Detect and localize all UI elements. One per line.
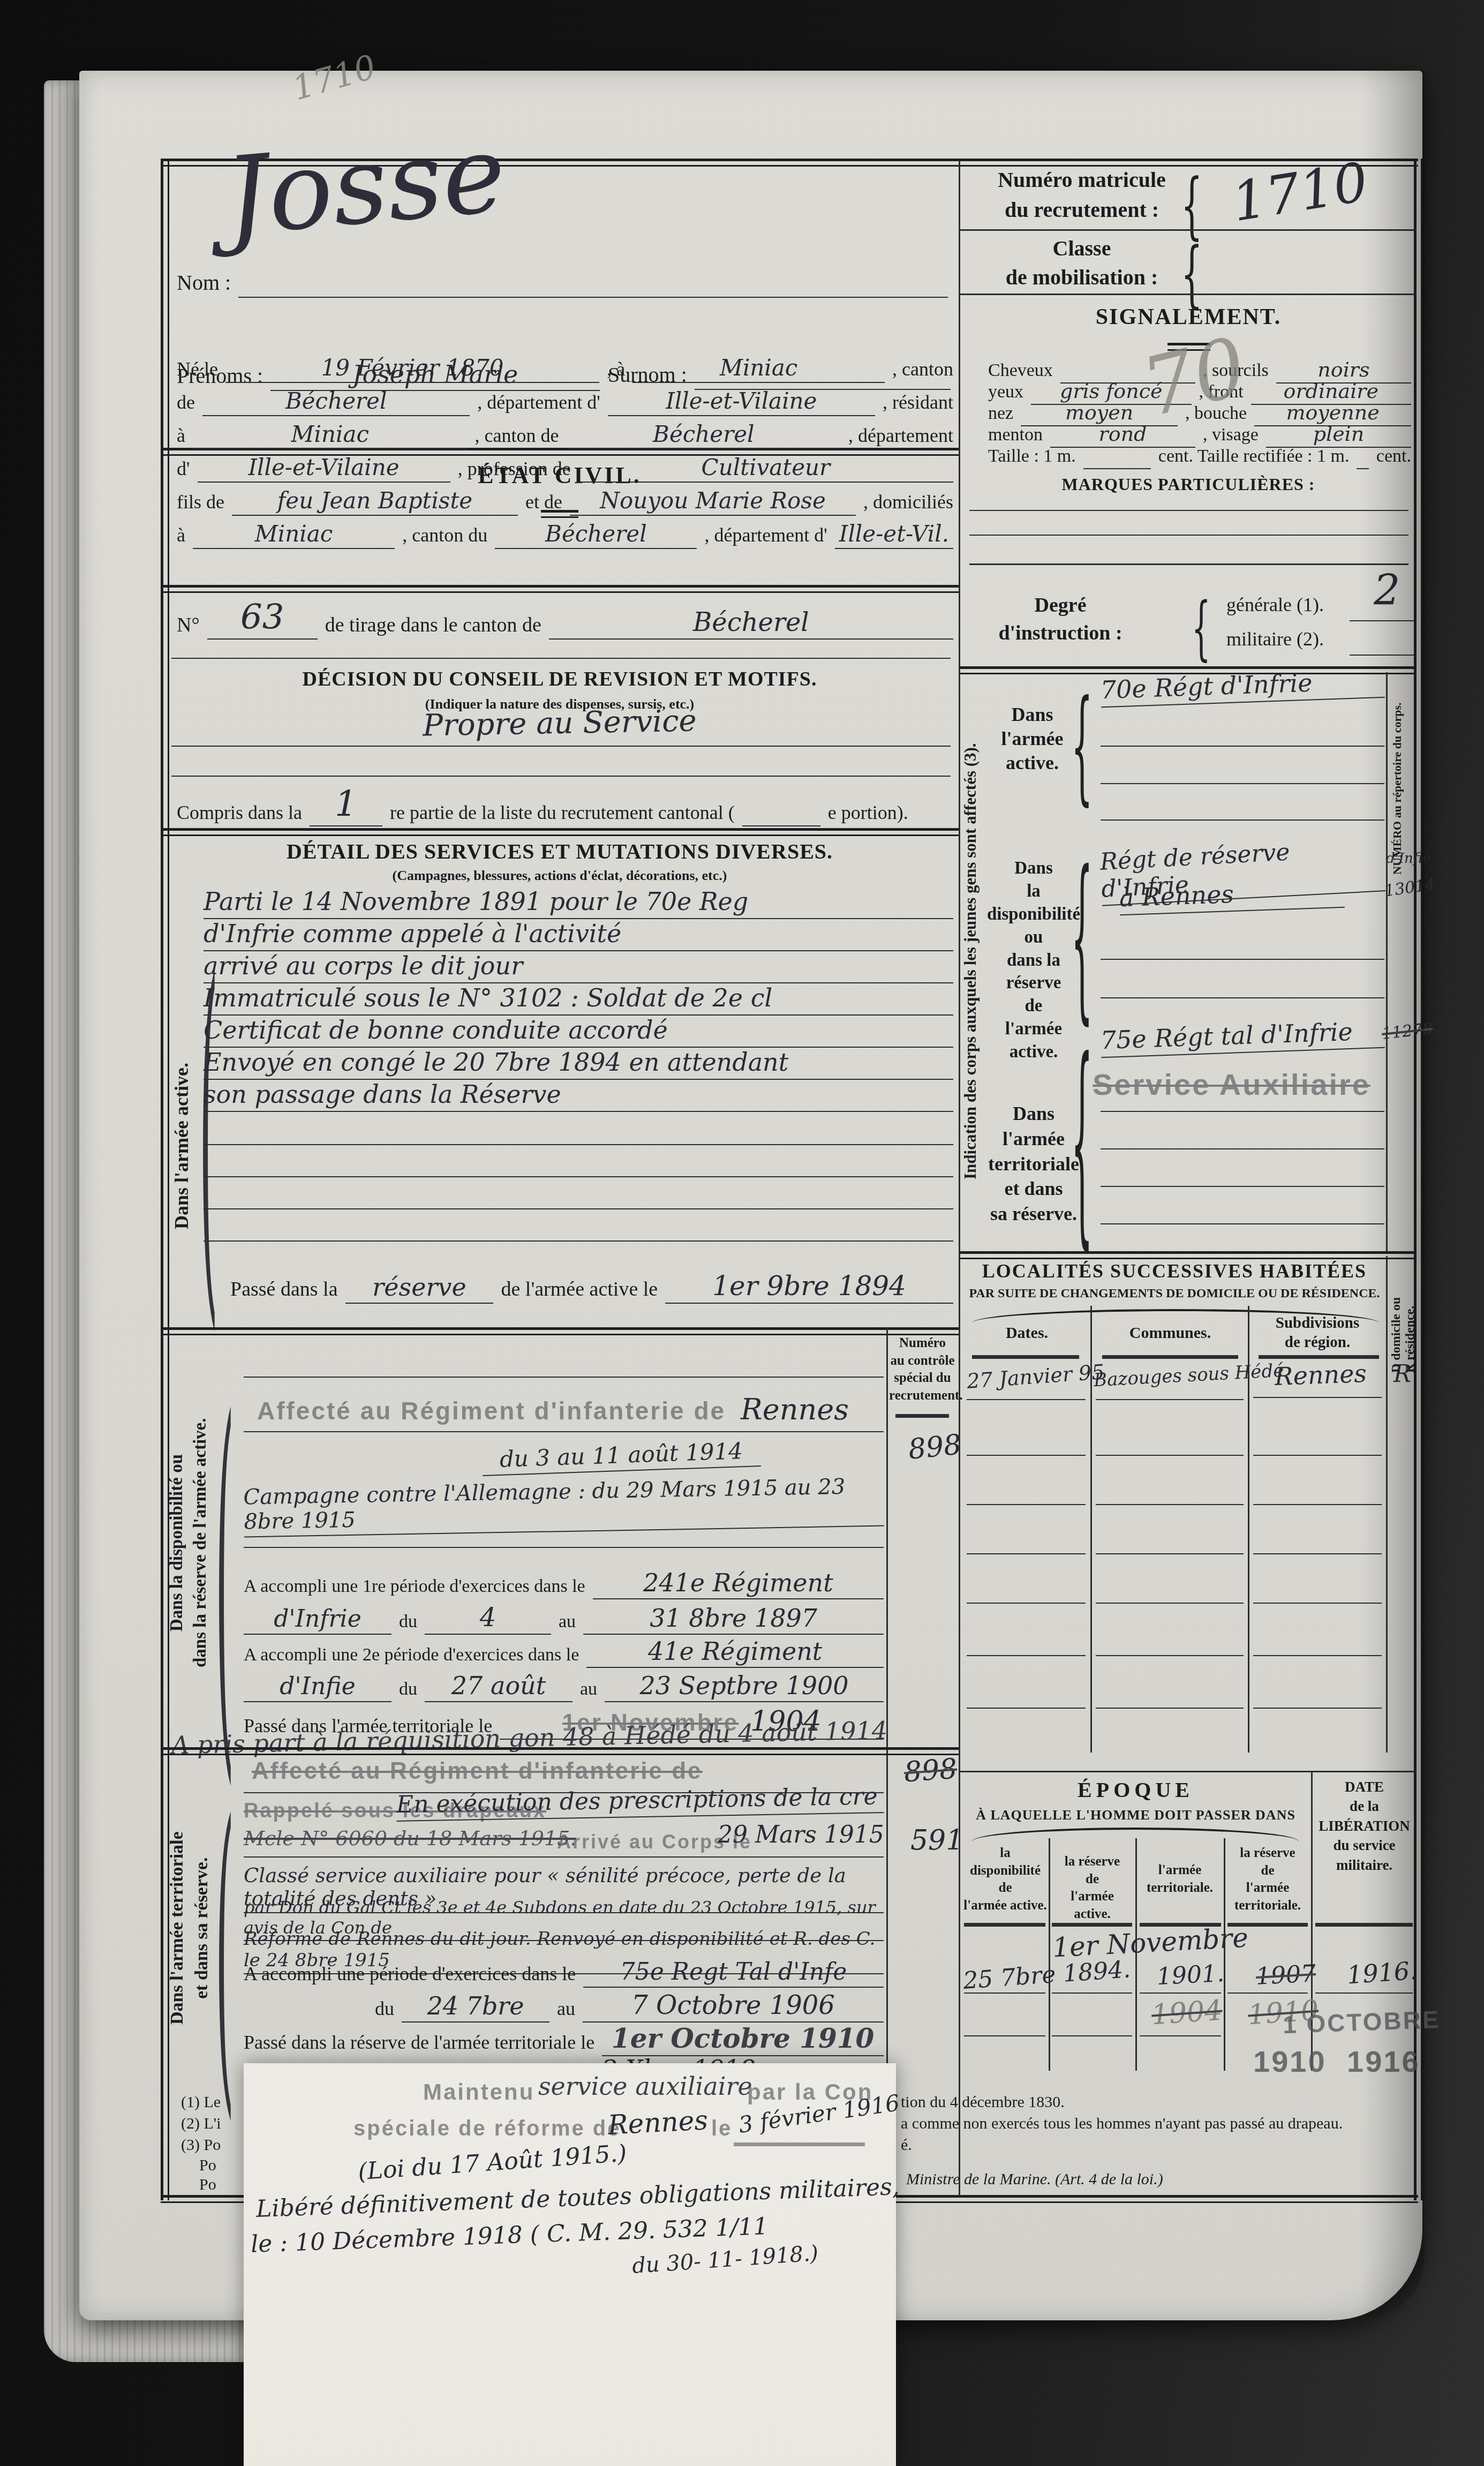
epoque-row2-rule-1 (964, 2035, 1045, 2036)
repertoire-column-label: NUMÉRO au répertoire du corps. (1390, 676, 1404, 901)
localites-blank-6a (967, 1708, 1086, 1709)
taille-label-2: cent. Taille rectifiée : 1 m. (1158, 446, 1350, 469)
passe-value-1: réserve (345, 1273, 494, 1304)
footnote-2-left: (2) L'i (181, 2115, 221, 2133)
canton-label: , canton (892, 358, 953, 383)
service-blank-4 (204, 1240, 953, 1242)
decision-rule-2 (171, 776, 951, 777)
residence-departement-value: Ille-et-Vilaine (198, 454, 450, 483)
service-blank-1 (204, 1144, 953, 1145)
affecte-rule (244, 1431, 884, 1432)
parents-residence-a-label: à (177, 524, 185, 549)
parents-departement-label: , département d' (704, 524, 827, 549)
compris-label-3: e portion). (828, 801, 908, 826)
compris-value: 1 (310, 783, 382, 826)
service-line-5: Certificat de bonne conduite accordé (204, 1016, 953, 1048)
localites-blank-1b (1096, 1455, 1244, 1456)
epoque-row1-rule-4 (1227, 1993, 1308, 1994)
frame-right (1414, 159, 1422, 2200)
affecte-stamp: Affecté au Régiment d'infanterie de (257, 1397, 726, 1425)
compris-bottom-rule (161, 828, 959, 836)
corps-active-brace: { (1071, 676, 1093, 818)
residence-a-label: à (177, 424, 185, 449)
services-side-label: Dans l'armée active. (170, 1007, 193, 1285)
corps-active-blank-1 (1101, 746, 1384, 747)
marques-rule-2 (969, 535, 1408, 536)
terr-periode-start: 24 7bre (402, 1991, 549, 2023)
localites-title: LOCALITÉS SUCCESSIVES HABITÉES (960, 1260, 1389, 1282)
profession-label: , profession de (458, 457, 571, 483)
birth-place-value: Miniac (632, 355, 885, 383)
etat-row-2: de Bécherel , département d' Ille-et-Vil… (177, 388, 953, 416)
epoque-head-rule-1 (964, 1923, 1045, 1927)
service-line-1: Parti le 14 Novembre 1891 pour le 70e Re… (204, 887, 953, 919)
service-line-2: d'Infrie comme appelé à l'activité (204, 919, 953, 951)
footnote-5-right: Ministre de la Marine. (Art. 4 de la loi… (906, 2170, 1163, 2189)
numero-column-header: Numéro au contrôle spécial du recrutemen… (889, 1335, 956, 1404)
terr-side-paren: ( (215, 1757, 234, 2151)
localites-blank-4b (1096, 1603, 1244, 1604)
epoque-row1-rule-2 (1052, 1993, 1132, 1994)
marques-rule-3 (969, 563, 1408, 565)
father-value: feu Jean Baptiste (232, 487, 518, 516)
periode1-label: A accompli une 1re période d'exercices d… (244, 1576, 585, 1599)
corps-active-label: Dans l'armée active. (988, 703, 1076, 775)
localites-blank-3c (1253, 1553, 1382, 1554)
epoque-col3-header: l'armée territoriale. (1138, 1862, 1222, 1897)
terr-periode-du-label: du (375, 1997, 394, 2023)
footnote-4-left: Po (199, 2156, 216, 2175)
epoque-row2-rule-2 (1052, 2035, 1132, 2036)
epoque-value-1907: 1907 (1255, 1960, 1317, 1990)
nom-row: Nom : (177, 268, 948, 298)
slip-speciale-stamp: spéciale de réforme de (353, 2117, 621, 2141)
periode2-regiment: 41e Régiment (586, 1637, 884, 1668)
localites-blank-1a (967, 1455, 1086, 1456)
localites-col-dates: Dates. (972, 1324, 1082, 1342)
epoque-col-divider-3 (1224, 1838, 1225, 2071)
epoque-col4-header: la réserve de l'armée territoriale. (1226, 1845, 1309, 1914)
terr-hw-circulaire: Mcle N° 6060 du 18 Mars 1915. (244, 1826, 576, 1850)
matricule-rule (960, 229, 1417, 231)
localites-row-rule-1 (967, 1399, 1086, 1400)
terr-reserve-row: Passé dans la réserve de l'armée territo… (244, 2023, 884, 2056)
localites-blank-5c (1253, 1655, 1382, 1656)
compris-label-2: re partie de la liste du recrutement can… (390, 801, 735, 826)
corps-terr-blank-3 (1101, 1186, 1384, 1187)
matricule-label-2: du recrutement : (985, 197, 1178, 222)
tirage-rule-2 (171, 658, 951, 659)
periode1-infanterie: d'Infrie (244, 1605, 391, 1635)
epoque-row2-rule-3 (1140, 2035, 1221, 2036)
corps-terr-blank-2 (1101, 1148, 1384, 1149)
footnote-5-left: Po (199, 2176, 216, 2194)
tirage-row: N° 63 de tirage dans le canton de Bécher… (177, 598, 953, 640)
parents-departement-value: Ille-et-Vil. (835, 521, 953, 549)
terr-arrive-date: 29 Mars 1915 (718, 1821, 884, 1848)
terr-reserve-date: 1er Octobre 1910 (602, 2023, 884, 2056)
service-blank-2 (204, 1176, 953, 1177)
fils-de-label: fils de (177, 491, 224, 516)
ne-le-label: Né le (177, 358, 218, 383)
service-line-6: Envoyé en congé le 20 7bre 1894 en atten… (204, 1048, 953, 1080)
localites-blank-6c (1253, 1708, 1382, 1709)
periode2-du-label: du (399, 1679, 417, 1702)
epoque-row1-rule-1 (964, 1993, 1045, 1994)
decision-title: DÉCISION DU CONSEIL DE REVISION ET MOTIF… (161, 667, 959, 691)
terr-side-label-1: Dans l'armée territoriale (167, 1768, 187, 2089)
localites-blank-2c (1253, 1504, 1382, 1505)
periode1-start: 4 (425, 1603, 551, 1635)
epoque-stamp-1916: 1916 (1347, 2044, 1420, 2079)
periode2-end: 23 Septbre 1900 (605, 1671, 884, 1702)
epoque-col2-header: la réserve de l'armée active. (1051, 1853, 1134, 1923)
signalement-title: SIGNALEMENT. (960, 304, 1417, 330)
repertoire-column-line (1386, 672, 1388, 1252)
periode1-end: 31 8bre 1897 (583, 1604, 884, 1635)
localites-blank-5b (1096, 1655, 1244, 1656)
affecte-hw-value: Rennes (741, 1393, 849, 1426)
periode2-start: 27 août (425, 1671, 572, 1702)
etat-row-4: d' Ille-et-Vilaine , profession de Culti… (177, 454, 953, 483)
parents-canton-value: Bécherel (495, 521, 697, 549)
taille-row: Taille : 1 m. cent. Taille rectifiée : 1… (988, 443, 1411, 469)
localites-row-dr: R (1393, 1360, 1411, 1388)
parents-residence-value: Miniac (193, 521, 395, 549)
tirage-canton-value: Bécherel (549, 607, 953, 640)
de-label: de (177, 391, 195, 416)
marques-title: MARQUES PARTICULIÈRES : (960, 475, 1417, 494)
epoque-col1-header: la disponibilité de l'armée active. (963, 1845, 1048, 1914)
service-blank-3 (204, 1208, 953, 1209)
periode1-row-a: A accompli une 1re période d'exercices d… (244, 1568, 884, 1599)
residence-value: Miniac (193, 421, 468, 449)
localites-blank-2b (1096, 1504, 1244, 1505)
footnote-2-right: a comme non exercés tous les hommes n'ay… (901, 2115, 1343, 2133)
epoque-date-header: DATE de la LIBÉRATION du service militai… (1315, 1777, 1414, 1875)
degre-militaire-rule (1350, 655, 1414, 656)
campagne-line: Campagne contre l'Allemagne : du 29 Mars… (243, 1474, 884, 1538)
epoque-top-line (960, 1771, 1417, 1772)
departement-label: , département d' (477, 391, 600, 416)
dep-prefix-label: d' (177, 457, 190, 483)
periode1-row-b: d'Infrie du 4 au 31 8bre 1897 (244, 1603, 884, 1635)
active-section-bottom-rule (161, 1327, 959, 1335)
epoque-value-1904: 1904 (1150, 1994, 1223, 2031)
compris-label-1: Compris dans la (177, 801, 302, 826)
taille-label-1: Taille : 1 m. (988, 446, 1076, 469)
localites-blank-4a (967, 1603, 1086, 1604)
numero-column-line (886, 1327, 888, 2088)
etat-row-6: à Miniac , canton du Bécherel , départem… (177, 521, 953, 549)
birth-canton-value: Bécherel (202, 388, 470, 416)
dispo-side-label-1: Dans la disponibilité ou (167, 1371, 187, 1714)
corps-dispo-blank-2 (1101, 997, 1384, 998)
slip-le-stamp: le (711, 2117, 732, 2141)
scanned-register-page: 1710 Josse Nom : Prénoms : Joseph Marie … (0, 0, 1484, 2466)
periode1-au-label: au (559, 1612, 576, 1635)
slip-maintenu-stamp: Maintenu (423, 2079, 534, 2105)
service-line-3: arrivé au corps le dit jour (204, 951, 953, 983)
terr-side-label-2: et dans sa réserve. (192, 1784, 212, 2073)
degre-brace: { (1192, 589, 1211, 670)
name-signature: Josse (220, 111, 511, 260)
degre-generale-value: 2 (1374, 567, 1400, 615)
matricule-label-1: Numéro matricule (985, 167, 1178, 192)
passe-reserve-row: Passé dans la réserve de l'armée active … (230, 1270, 953, 1304)
nom-label: Nom : (177, 270, 231, 298)
corps-terr-blank-4 (1101, 1223, 1384, 1224)
compris-portion-line (742, 800, 820, 826)
periode1-regiment: 241e Régiment (593, 1568, 884, 1599)
localites-blank-4c (1253, 1603, 1382, 1604)
slip-date-underline (734, 2142, 865, 2146)
corps-active-blank-2 (1101, 783, 1384, 784)
terr-periode-row-a: A accompli une période d'exercices dans … (244, 1958, 884, 1988)
localites-row-rule-3 (1253, 1397, 1382, 1398)
profession-value: Cultivateur (578, 454, 953, 483)
domicilies-label: , domiciliés (863, 491, 953, 516)
a-label: , à (607, 358, 625, 383)
localites-dr-line (1386, 1256, 1388, 1753)
residant-label: , résidant (883, 391, 953, 416)
terr-reserve-label: Passé dans la réserve de l'armée territo… (244, 2031, 594, 2056)
residence-canton-value: Bécherel (567, 421, 841, 449)
terr-periode-end: 7 Octobre 1906 (583, 1990, 884, 2023)
taille-label-3: cent. (1376, 446, 1411, 469)
passe-label-1: Passé dans la (230, 1277, 338, 1304)
classe-label-1: Classe (985, 236, 1178, 261)
etat-civil-bottom-rule (161, 585, 959, 593)
epoque-row1-rule-5 (1315, 1993, 1413, 1994)
etat-row-3: à Miniac , canton de Bécherel , départem… (177, 421, 953, 449)
localites-row-rule-2 (1096, 1399, 1244, 1400)
epoque-head-rule-5 (1315, 1923, 1413, 1927)
terr-affecte-stamp: Affecté au Régiment d'infanterie de (252, 1758, 703, 1785)
epoque-subtitle: À LAQUELLE L'HOMME DOIT PASSER DANS (960, 1807, 1311, 1823)
terr-periode-au-label: au (557, 1997, 575, 2023)
localites-col-subdiv: Subdivisions de région. (1256, 1313, 1379, 1352)
epoque-stamp-1910: 1910 (1253, 2044, 1327, 2079)
epoque-value-1916: 1916. (1346, 1956, 1418, 1989)
dispo-bottom-rule (161, 1747, 959, 1755)
corps-terr-blank-1 (1101, 1111, 1384, 1112)
terr-periode-label: A accompli une période d'exercices dans … (244, 1963, 576, 1988)
numero-value-898: 898 (907, 1429, 963, 1466)
corps-active-blank-3 (1101, 820, 1384, 821)
localites-blank-1c (1253, 1455, 1382, 1456)
epoque-row1-rule-3 (1140, 1993, 1221, 1994)
mother-value: Nouyou Marie Rose (570, 487, 856, 516)
terr-periode-regiment: 75e Regt Tal d'Infe (583, 1958, 884, 1988)
degre-label-1: Degré (980, 593, 1141, 617)
localites-dr-label-2: R résidence. (1403, 1264, 1418, 1414)
periode2-label: A accompli une 2e période d'exercices da… (244, 1645, 579, 1668)
footnote-1-left: (1) Le (181, 2093, 221, 2111)
passe-label-2: de l'armée active le (501, 1277, 658, 1304)
services-subtitle: (Campagnes, blessures, actions d'éclat, … (161, 868, 959, 884)
localites-blank-3a (967, 1553, 1086, 1554)
localites-subtitle: PAR SUITE DE CHANGEMENTS DE DOMICILE OU … (960, 1287, 1389, 1301)
service-line-4: Immatriculé sous le N° 3102 : Soldat de … (204, 983, 953, 1016)
corps-dispo-label: Dans la disponibilité ou dans la réserve… (985, 857, 1082, 1064)
corps-terr-brace: { (1071, 1018, 1093, 1272)
degre-generale-rule (1350, 620, 1414, 621)
birth-date-value: 19 Février 1870 (225, 355, 599, 383)
corps-terr-label: Dans l'armée territoriale et dans sa rés… (985, 1101, 1082, 1227)
epoque-title: ÉPOQUE (960, 1777, 1311, 1802)
terr-periode-row-b: du 24 7bre au 7 Octobre 1906 (375, 1990, 884, 2023)
classe-rule (960, 294, 1417, 295)
localites-row-subdiv: Rennes (1274, 1359, 1367, 1391)
degre-label-2: d'instruction : (980, 621, 1141, 645)
localites-head-rule-2 (1102, 1355, 1238, 1359)
degre-generale-label: générale (1). (1226, 593, 1324, 616)
nom-line (238, 268, 948, 298)
epoque-value-1901: 1901. (1156, 1960, 1225, 1991)
numero-column-header-rule (895, 1414, 949, 1418)
degre-militaire-label: militaire (2). (1226, 628, 1324, 650)
etat-row-1: Né le 19 Février 1870 , à Miniac , canto… (177, 355, 953, 383)
parents-canton-label: , canton du (402, 524, 487, 549)
periode2-infanterie: d'Infie (244, 1673, 391, 1702)
tirage-text-label: de tirage dans le canton de (325, 613, 541, 640)
localites-blank-5a (967, 1655, 1086, 1656)
column-divider (959, 161, 960, 2196)
footnote-1-right: tion du 4 décembre 1830. (901, 2093, 1065, 2111)
tirage-no-value: 63 (207, 598, 318, 640)
epoque-head-rule-2 (1052, 1923, 1132, 1927)
corps-terr-stamp: Service Auxiliaire (1093, 1067, 1370, 1102)
numero-value-898-crossed: 898 (903, 1753, 958, 1789)
etat-row-5: fils de feu Jean Baptiste et de Nouyou M… (177, 487, 953, 516)
periode1-du-label: du (399, 1612, 417, 1635)
compris-row: Compris dans la 1 re partie de la liste … (177, 783, 953, 826)
localites-head-rule-1 (972, 1355, 1079, 1359)
birth-departement-value: Ille-et-Vilaine (608, 388, 875, 416)
localites-col-communes: Communes. (1101, 1324, 1240, 1342)
taille-rect-line (1357, 443, 1368, 469)
terr-rule-2 (244, 1856, 884, 1858)
services-title: DÉTAIL DES SERVICES ET MUTATIONS DIVERSE… (161, 839, 959, 864)
slip-service-auxiliaire: service auxiliaire (538, 2072, 752, 2101)
residence-canton-label: , canton de (475, 424, 559, 449)
residence-departement-label: , département (848, 424, 953, 449)
epoque-col-divider-1 (1049, 1838, 1050, 2071)
tirage-no-label: N° (177, 613, 200, 640)
periode2-row-b: d'Infie du 27 août au 23 Septbre 1900 (244, 1671, 884, 1702)
corps-dispo-blank-1 (1101, 959, 1384, 960)
footnote-3-right: é. (901, 2136, 912, 2154)
taille-value-line (1083, 443, 1151, 469)
numero-value-591: 591 (910, 1824, 963, 1856)
dispo-blank-top (244, 1377, 884, 1378)
slip-rennes: Rennes (607, 2104, 709, 2141)
corps-dispo-brace: { (1071, 837, 1093, 1043)
corps-side-label: Indication des corps auxquels les jeunes… (961, 678, 980, 1245)
affecte-row: Affecté au Régiment d'infanterie de Renn… (257, 1393, 884, 1426)
passe-value-2: 1er 9bre 1894 (665, 1270, 953, 1304)
localites-blank-3b (1096, 1553, 1244, 1554)
et-de-label: et de (525, 491, 562, 516)
dispo-side-label-2: dans la réserve de l'armée active. (191, 1355, 210, 1730)
localites-head-rule-3 (1259, 1355, 1379, 1359)
classe-label-2: de mobilisation : (985, 265, 1178, 290)
periode2-row-a: A accompli une 2e période d'exercices da… (244, 1637, 884, 1668)
epoque-stamp-octobre: 1 OCTOBRE (1282, 2005, 1441, 2039)
localites-blank-2a (967, 1504, 1086, 1505)
corps-bottom-rule (960, 1251, 1417, 1259)
footnote-3-left: (3) Po (181, 2136, 221, 2154)
periode2-au-label: au (580, 1679, 597, 1702)
decision-rule-1 (171, 746, 951, 747)
localites-blank-6b (1096, 1708, 1244, 1709)
marques-rule-1 (969, 510, 1408, 511)
service-line-7: son passage dans la Réserve (204, 1080, 953, 1112)
dispo-blank-mid (244, 1547, 884, 1548)
